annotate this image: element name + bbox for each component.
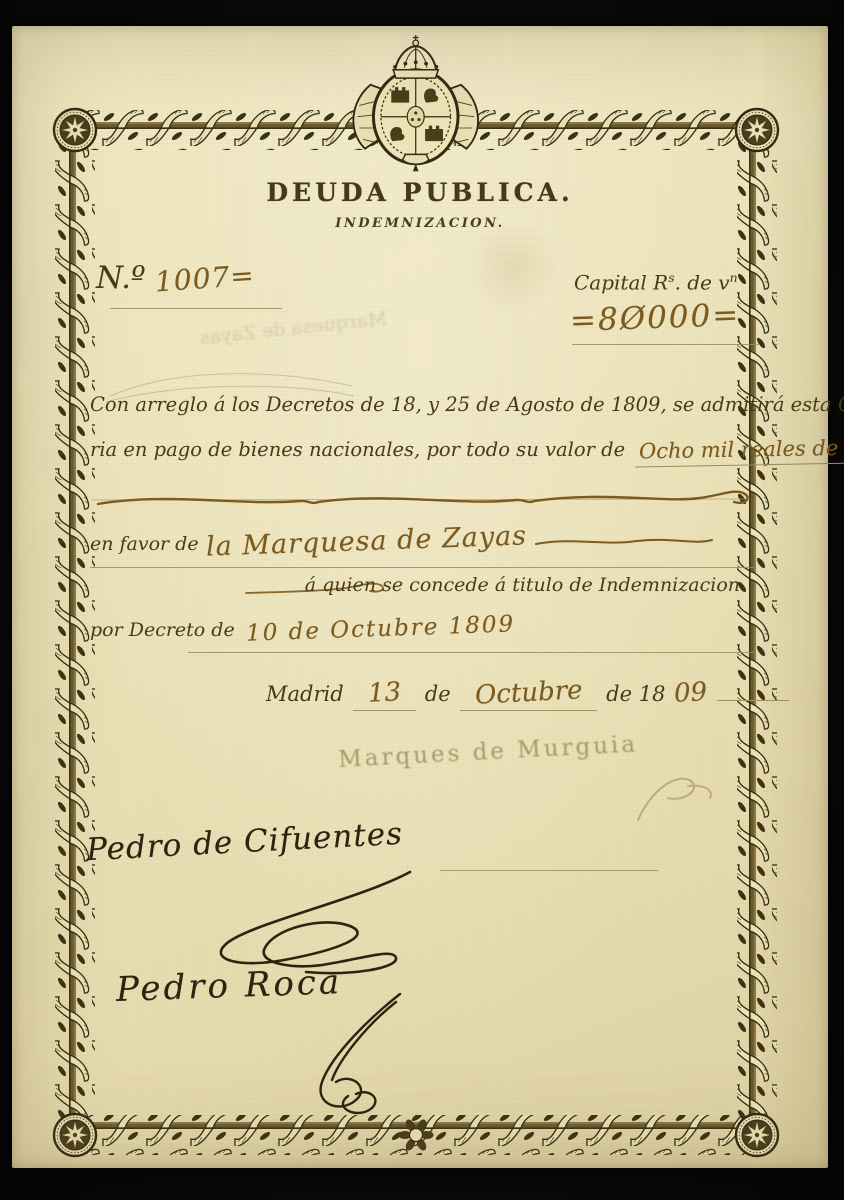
capital-underline <box>572 344 760 345</box>
document-title: DEUDA PUBLICA. <box>12 178 828 207</box>
flourish-stroke <box>88 484 756 512</box>
date-de: de <box>425 682 451 706</box>
capital-label-mid: . de v <box>675 271 730 295</box>
body-line-2-printed: ria en pago de bienes nacionales, por to… <box>90 438 625 461</box>
decree-label: por Decreto de <box>90 619 235 641</box>
date-month-blank: Octubre <box>460 678 598 711</box>
decree-underline <box>188 652 754 653</box>
official-signature: Marques de Murguia <box>338 725 759 773</box>
certificate-content: DEUDA PUBLICA. INDEMNIZACION. N.º 1007= … <box>12 26 828 1168</box>
body-line-2: ria en pago de bienes nacionales, por to… <box>90 436 758 465</box>
bleedthrough-text: Marquesa de Zayas <box>108 307 389 358</box>
favor-underline <box>90 567 754 568</box>
number-value: 1007= <box>154 259 256 299</box>
favor-row: en favor de la Marquesa de Zayas <box>90 526 717 557</box>
date-city: Madrid <box>266 682 344 706</box>
favor-flourish <box>532 532 717 550</box>
date-month: Octubre <box>474 675 583 711</box>
certificate-paper: DEUDA PUBLICA. INDEMNIZACION. N.º 1007= … <box>12 26 828 1168</box>
body-line-1: Con arreglo á los Decretos de 18, y 25 d… <box>90 392 758 418</box>
blank-line <box>440 870 658 871</box>
cifuentes-rubric <box>188 866 418 976</box>
date-year: 09 <box>674 677 709 709</box>
date-de-18: de 18 <box>606 682 665 706</box>
concede-text: á quien se concede á titulo de Indemniza… <box>90 574 740 596</box>
capital-label-text: Capital R <box>574 271 668 295</box>
capital-value: =8Ø000= <box>569 297 740 339</box>
favor-label: en favor de <box>90 533 199 555</box>
signature-pedro-de-cifuentes: Pedro de Cifuentes <box>85 816 404 869</box>
roca-rubric <box>288 988 428 1123</box>
date-underline-tail <box>717 678 789 701</box>
favor-value: la Marquesa de Zayas <box>205 520 527 562</box>
capital-label: Capital Rs. de vn <box>574 270 738 295</box>
date-row: Madrid 13 de Octubre de 18 09 <box>266 678 789 711</box>
rubric-flourish <box>630 770 720 830</box>
date-day: 13 <box>367 677 402 709</box>
body-line-2-handwritten: Ocho mil reales de Vellon <box>635 434 844 468</box>
decree-row: por Decreto de 10 de Octubre 1809 <box>90 616 515 642</box>
capital-label-sup-n: n <box>730 270 738 285</box>
number-underline <box>110 308 282 309</box>
document-subtitle: INDEMNIZACION. <box>12 216 828 231</box>
decree-value: 10 de Octubre 1809 <box>245 611 515 646</box>
photograph-background: DEUDA PUBLICA. INDEMNIZACION. N.º 1007= … <box>0 0 844 1200</box>
date-day-blank: 13 <box>353 678 416 711</box>
number-label: N.º <box>96 260 146 296</box>
certificate-number-row: N.º 1007= <box>96 260 254 296</box>
